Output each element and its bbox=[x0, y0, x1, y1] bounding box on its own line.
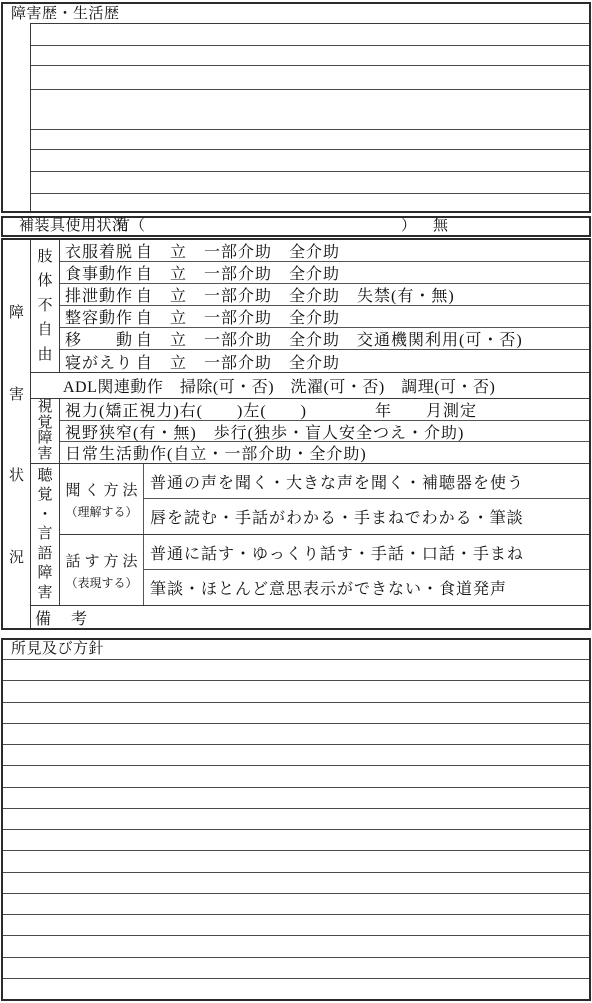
row-options: 自 立 一部介助 全介助 bbox=[136, 261, 340, 284]
group-char: 視 bbox=[37, 400, 52, 415]
blank-line bbox=[31, 150, 589, 172]
row-label: 衣服着脱 bbox=[65, 239, 136, 262]
blank-line bbox=[3, 681, 589, 702]
group-char: 聴 bbox=[37, 469, 52, 484]
table-row-listen-2: 唇を読む・手話がわかる・手まねでわかる・筆談 bbox=[144, 499, 589, 534]
row-label: 移 動 bbox=[65, 327, 136, 350]
disability-main: 肢 体 不 自 由 衣服着脱自 立 一部介助 全介助 食事動作自 立 一部介助 … bbox=[31, 240, 589, 628]
table-row-visual-field: 視野狭窄(有・無) 歩行(独歩・盲人安全つえ・介助) bbox=[60, 421, 589, 442]
table-row-turning-over: 寝がえり自 立 一部介助 全介助 bbox=[60, 350, 589, 372]
prosthetic-label: 補装具使用状況 bbox=[19, 218, 128, 234]
blank-line bbox=[3, 873, 589, 894]
hearing-group-label: 聴 覚 ・ 言 語 障 害 bbox=[31, 464, 60, 605]
vision-group-label: 視 覚 障 害 bbox=[31, 399, 60, 463]
prosthetic-no: 無 bbox=[433, 218, 448, 234]
form-page: 障害歴・生活歴 補装具使用状況 有（ ） 無 障 害 状 況 bbox=[0, 2, 592, 1003]
blank-line bbox=[3, 703, 589, 724]
method-label: 話す方法 bbox=[61, 550, 141, 571]
blank-line bbox=[31, 194, 589, 211]
row-options: 自 立 一部介助 全介助 交通機関利用(可・否) bbox=[136, 327, 523, 350]
table-row-eating: 食事動作自 立 一部介助 全介助 bbox=[60, 262, 589, 284]
side-char: 況 bbox=[9, 546, 24, 567]
row-label: 食事動作 bbox=[65, 261, 136, 284]
row-label: 整容動作 bbox=[65, 305, 136, 328]
blank-line bbox=[3, 788, 589, 809]
history-title: 障害歴・生活歴 bbox=[11, 5, 120, 23]
table-row-listen-1: 普通の声を聞く・大きな声を聞く・補聴器を使う bbox=[144, 464, 589, 499]
group-char: 肢 bbox=[37, 250, 52, 265]
blank-line bbox=[3, 915, 589, 936]
table-row-speak-2: 筆談・ほとんど意思表示ができない・食道発声 bbox=[144, 570, 589, 605]
speaking-options: 普通に話す・ゆっくり話す・手話・口話・手まね 筆談・ほとんど意思表示ができない・… bbox=[144, 535, 589, 605]
group-char: 害 bbox=[37, 586, 52, 601]
listening-method-cell: 聞く方法 （理解する） bbox=[60, 464, 144, 534]
blank-line bbox=[3, 936, 589, 957]
table-row-toileting: 排泄動作自 立 一部介助 全介助 失禁(有・無) bbox=[60, 284, 589, 306]
row-options: 自 立 一部介助 全介助 bbox=[136, 305, 340, 328]
row-options: 自 立 一部介助 全介助 失禁(有・無) bbox=[136, 283, 455, 306]
hearing-speech-group: 聴 覚 ・ 言 語 障 害 聞く方法 （理解する） 普通の声 bbox=[31, 464, 589, 606]
blank-line bbox=[3, 745, 589, 766]
group-char: 覚 bbox=[37, 416, 52, 431]
table-row-visual-acuity: 視力(矯正視力)右( )左( ) 年 月測定 bbox=[60, 399, 589, 421]
blank-line bbox=[3, 979, 589, 999]
history-section: 障害歴・生活歴 bbox=[1, 2, 591, 213]
side-char: 障 bbox=[9, 301, 24, 322]
group-char: 覚 bbox=[37, 488, 52, 503]
group-char: 体 bbox=[37, 274, 52, 289]
blank-line bbox=[31, 172, 589, 194]
physical-group: 肢 体 不 自 由 衣服着脱自 立 一部介助 全介助 食事動作自 立 一部介助 … bbox=[31, 240, 589, 373]
table-row-grooming: 整容動作自 立 一部介助 全介助 bbox=[60, 306, 589, 328]
table-row-mobility: 移 動自 立 一部介助 全介助 交通機関利用(可・否) bbox=[60, 328, 589, 350]
prosthetic-close-paren: ） bbox=[401, 218, 416, 234]
history-write-in-table bbox=[30, 23, 589, 211]
blank-line bbox=[31, 46, 589, 66]
method-sublabel: （表現する） bbox=[65, 574, 137, 591]
blank-line bbox=[3, 830, 589, 851]
blank-line bbox=[31, 66, 589, 90]
disability-status-table: 障 害 状 況 肢 体 不 自 由 衣服着脱自 立 一部介助 全介助 bbox=[1, 238, 591, 630]
blank-line bbox=[3, 766, 589, 787]
group-char: ・ bbox=[37, 508, 52, 523]
hearing-rows: 聞く方法 （理解する） 普通の声を聞く・大きな声を聞く・補聴器を使う 唇を読む・… bbox=[60, 464, 589, 605]
prosthetic-yes-open: 有（ bbox=[115, 218, 145, 234]
blank-line bbox=[3, 809, 589, 830]
group-char: 言 bbox=[37, 527, 52, 542]
speaking-method-group: 話す方法 （表現する） 普通に話す・ゆっくり話す・手話・口話・手まね 筆談・ほと… bbox=[60, 535, 589, 605]
physical-rows: 衣服着脱自 立 一部介助 全介助 食事動作自 立 一部介助 全介助 排泄動作自 … bbox=[60, 240, 589, 372]
group-char: 自 bbox=[37, 323, 52, 338]
group-char: 語 bbox=[37, 547, 52, 562]
group-char: 不 bbox=[37, 299, 52, 314]
table-row-speak-1: 普通に話す・ゆっくり話す・手話・口話・手まね bbox=[144, 535, 589, 570]
listening-method-group: 聞く方法 （理解する） 普通の声を聞く・大きな声を聞く・補聴器を使う 唇を読む・… bbox=[60, 464, 589, 535]
disability-side-label: 障 害 状 況 bbox=[3, 240, 31, 628]
listening-options: 普通の声を聞く・大きな声を聞く・補聴器を使う 唇を読む・手話がわかる・手まねでわ… bbox=[144, 464, 589, 534]
side-char: 状 bbox=[9, 464, 24, 485]
vision-group: 視 覚 障 害 視力(矯正視力)右( )左( ) 年 月測定 視野狭窄(有・無)… bbox=[31, 399, 589, 464]
blank-line bbox=[31, 130, 589, 150]
side-char: 害 bbox=[9, 383, 24, 404]
row-label: 寝がえり bbox=[65, 350, 136, 373]
group-char: 障 bbox=[37, 431, 52, 446]
row-options: 自 立 一部介助 全介助 bbox=[136, 239, 340, 262]
physical-group-label: 肢 体 不 自 由 bbox=[31, 240, 60, 372]
remarks-row: 備 考 bbox=[31, 606, 589, 628]
speaking-method-cell: 話す方法 （表現する） bbox=[60, 535, 144, 605]
table-row-adl: ADL関連動作 掃除(可・否) 洗濯(可・否) 調理(可・否) bbox=[31, 373, 589, 399]
blank-line bbox=[3, 958, 589, 979]
group-char: 害 bbox=[37, 447, 52, 462]
blank-line bbox=[3, 660, 589, 681]
blank-line bbox=[31, 90, 589, 130]
findings-title: 所見及び方針 bbox=[3, 640, 589, 660]
blank-line bbox=[3, 724, 589, 745]
group-char: 由 bbox=[37, 348, 52, 363]
prosthetic-row: 補装具使用状況 有（ ） 無 bbox=[1, 216, 591, 237]
vision-rows: 視力(矯正視力)右( )左( ) 年 月測定 視野狭窄(有・無) 歩行(独歩・盲… bbox=[60, 399, 589, 463]
row-options: 自 立 一部介助 全介助 bbox=[136, 350, 340, 373]
table-row-dressing: 衣服着脱自 立 一部介助 全介助 bbox=[60, 240, 589, 262]
row-label: 排泄動作 bbox=[65, 283, 136, 306]
findings-section: 所見及び方針 bbox=[1, 638, 591, 1001]
method-sublabel: （理解する） bbox=[65, 503, 137, 520]
blank-line bbox=[3, 894, 589, 915]
blank-line bbox=[31, 24, 589, 46]
method-label: 聞く方法 bbox=[61, 479, 141, 500]
group-char: 障 bbox=[37, 566, 52, 581]
blank-line bbox=[3, 851, 589, 872]
table-row-daily-living: 日常生活動作(自立・一部介助・全介助) bbox=[60, 442, 589, 463]
